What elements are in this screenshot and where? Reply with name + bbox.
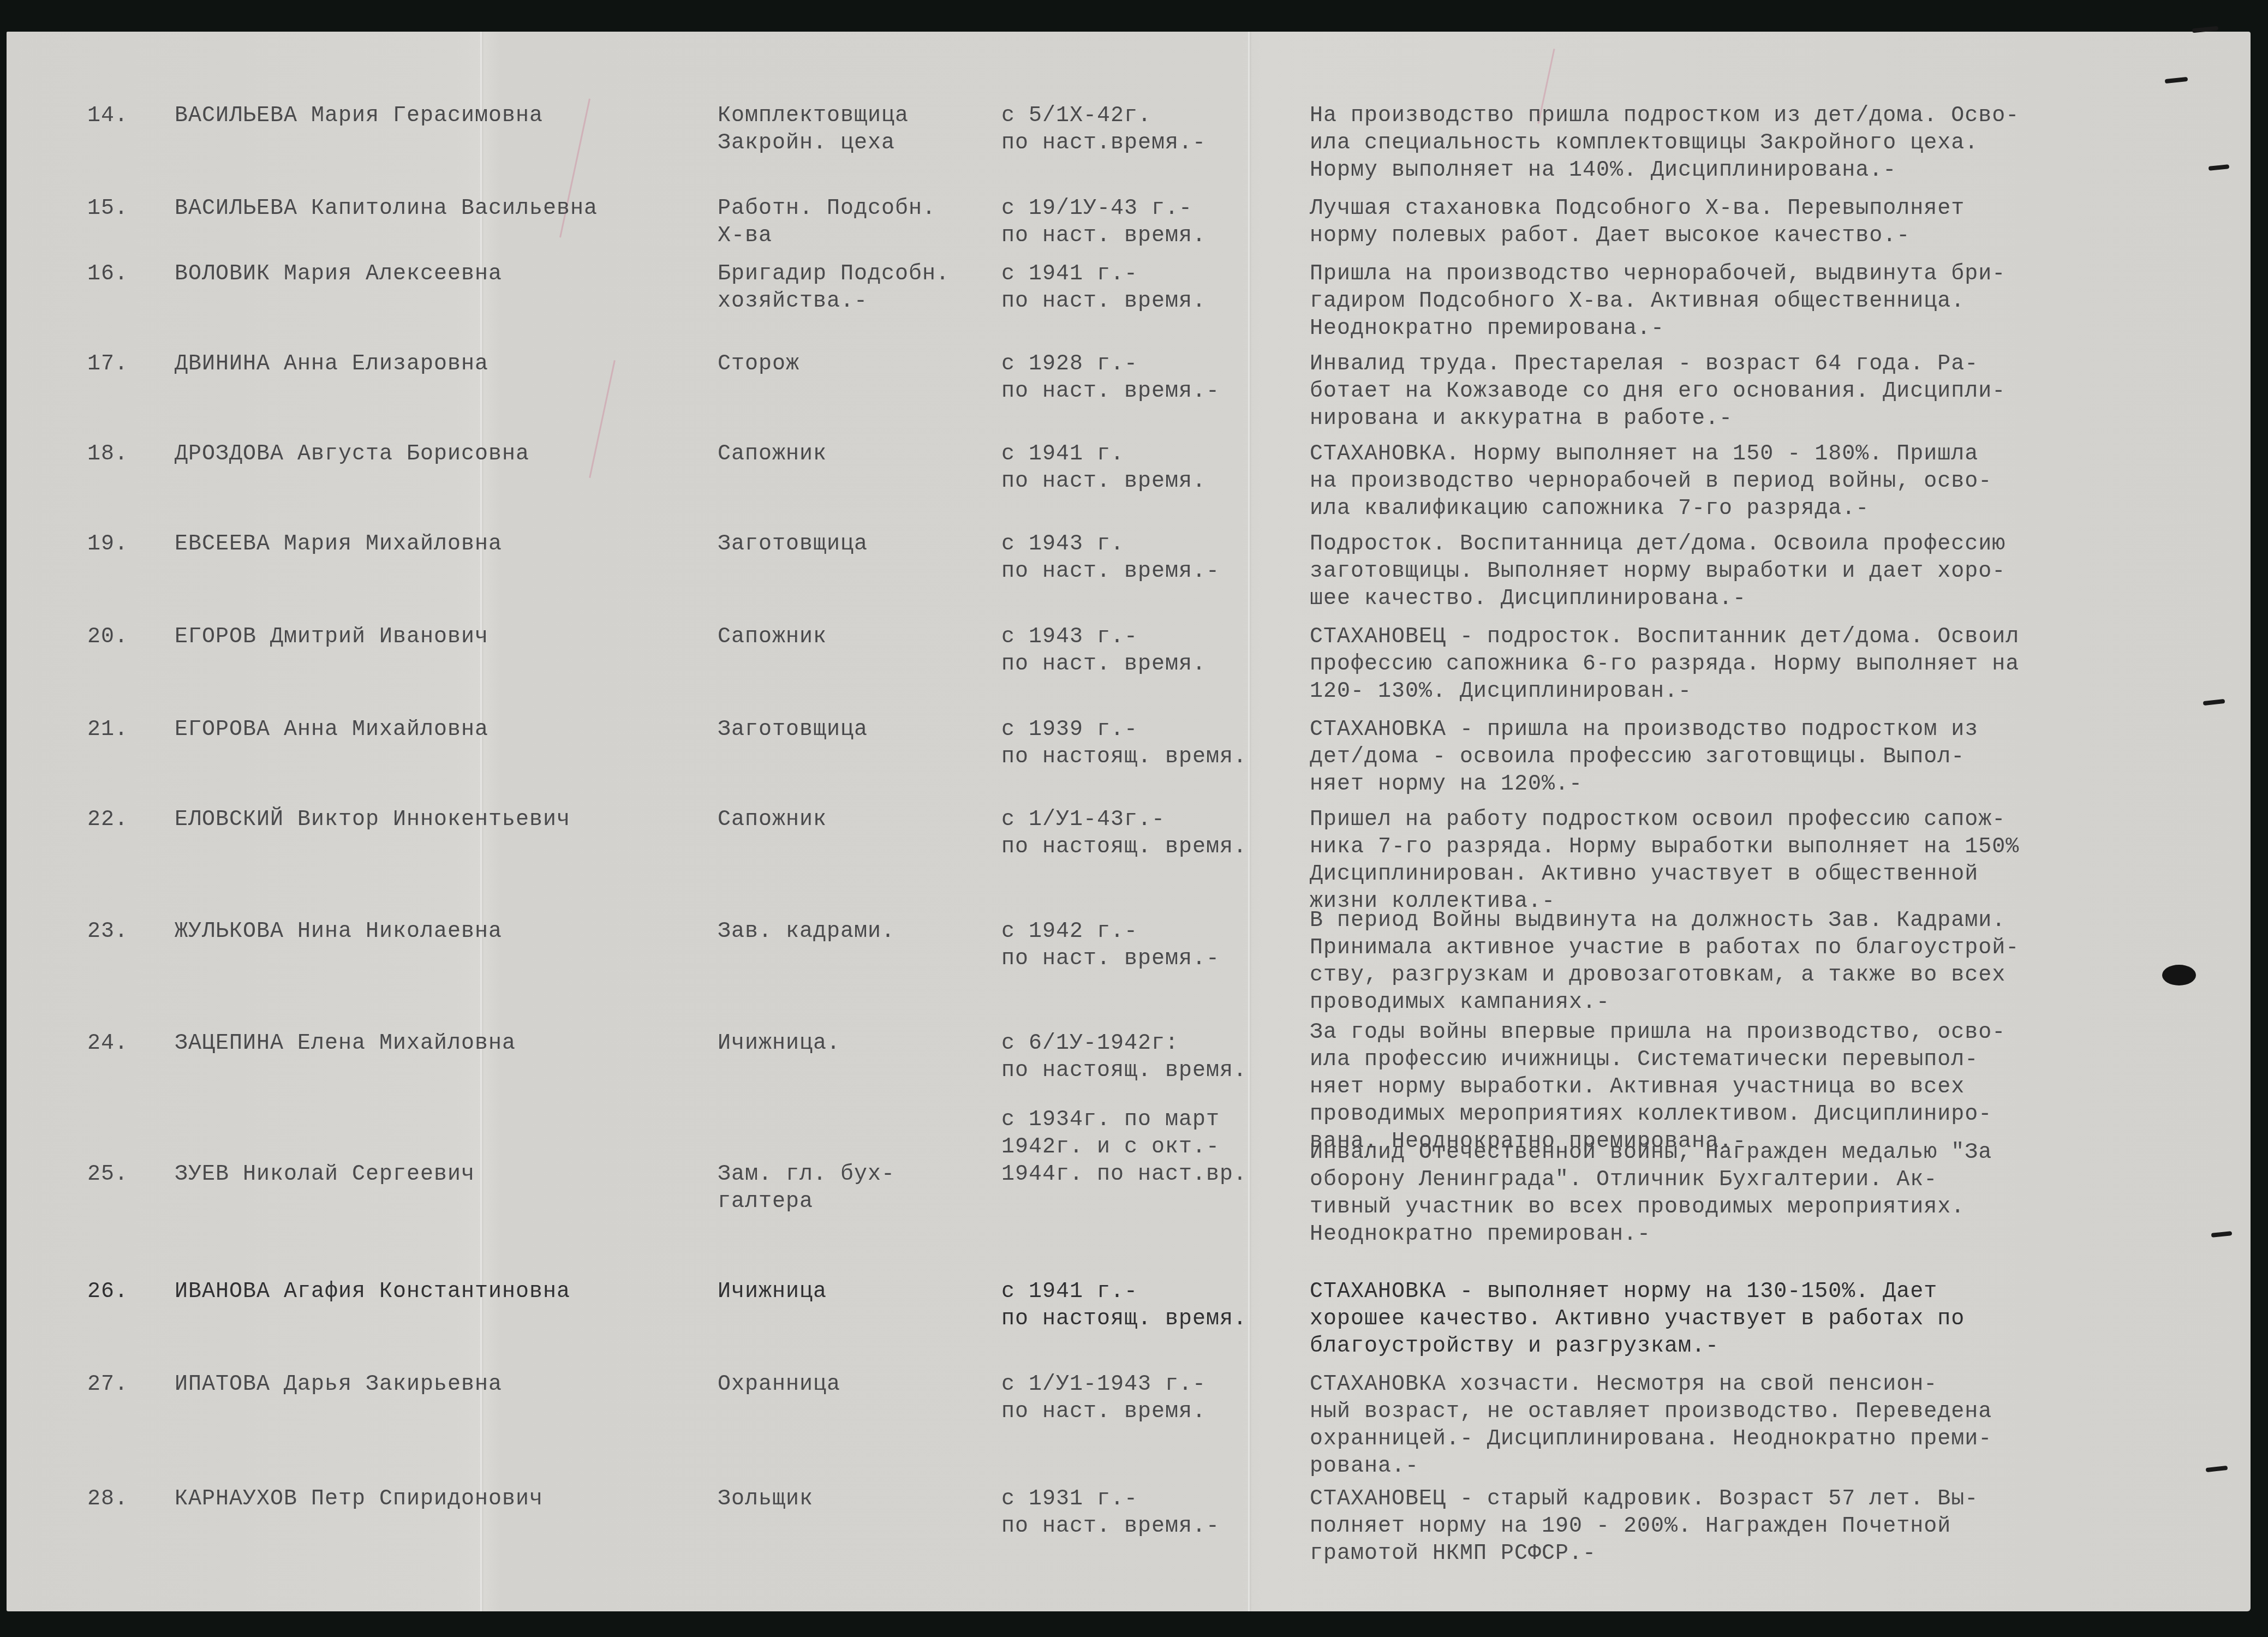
employee-characteristic: Инвалид Отечественной войны, Награжден м… xyxy=(1310,1139,1992,1248)
employee-position: Зав. кадрами. xyxy=(718,918,895,946)
employment-period: с 6/1У-1942г: по настоящ. время. xyxy=(1001,1030,1247,1085)
employment-period: с 1943 г. по наст. время.- xyxy=(1001,531,1220,586)
employee-name: ЕЛОВСКИЙ Виктор Иннокентьевич xyxy=(175,806,570,834)
employment-period: с 19/1У-43 г.- по наст. время. xyxy=(1001,195,1206,250)
row-number: 23. xyxy=(87,918,128,946)
employee-position: Заготовщица xyxy=(718,716,868,744)
margin-mark xyxy=(2211,1231,2233,1238)
employee-characteristic: На производство пришла подростком из дет… xyxy=(1310,103,2019,184)
paper-fold-line xyxy=(1248,32,1250,1611)
employee-characteristic: За годы войны впервые пришла на производ… xyxy=(1310,1019,2006,1156)
employee-characteristic: СТАХАНОВКА - выполняет норму на 130-150%… xyxy=(1310,1278,1965,1360)
employment-period: с 1941 г. по наст. время. xyxy=(1001,441,1206,495)
employee-characteristic: СТАХАНОВЕЦ - подросток. Воспитанник дет/… xyxy=(1310,624,2019,706)
employee-characteristic: СТАХАНОВЕЦ - старый кадровик. Возраст 57… xyxy=(1310,1486,1978,1568)
row-number: 26. xyxy=(87,1278,128,1306)
employee-name: ДВИНИНА Анна Елизаровна xyxy=(175,351,488,378)
employment-period: с 1/У1-1943 г.- по наст. время. xyxy=(1001,1371,1206,1426)
row-number: 17. xyxy=(87,351,128,378)
employment-period: с 1931 г.- по наст. время.- xyxy=(1001,1486,1220,1540)
employee-characteristic: Лучшая стахановка Подсобного Х-ва. Перев… xyxy=(1310,195,1965,250)
red-pencil-mark xyxy=(589,360,616,478)
row-number: 16. xyxy=(87,261,128,288)
row-number: 22. xyxy=(87,806,128,834)
row-number: 20. xyxy=(87,624,128,651)
row-number: 25. xyxy=(87,1161,128,1188)
employee-position: Зам. гл. бух- галтера xyxy=(718,1161,895,1216)
row-number: 21. xyxy=(87,716,128,744)
employment-period: с 1941 г.- по наст. время. xyxy=(1001,261,1206,315)
margin-mark xyxy=(2192,26,2219,33)
row-number: 24. xyxy=(87,1030,128,1058)
row-number: 19. xyxy=(87,531,128,558)
employee-characteristic: Подросток. Воспитанница дет/дома. Освоил… xyxy=(1310,531,2006,613)
employee-name: ЕГОРОВ Дмитрий Иванович xyxy=(175,624,488,651)
employee-name: ВОЛОВИК Мария Алексеевна xyxy=(175,261,502,288)
employee-position: Комплектовщица Закройн. цеха xyxy=(718,103,909,157)
row-number: 14. xyxy=(87,103,128,130)
row-number: 18. xyxy=(87,441,128,468)
margin-mark xyxy=(2203,699,2225,706)
employment-period: с 1/У1-43г.- по настоящ. время. xyxy=(1001,806,1247,861)
employee-characteristic: В период Войны выдвинута на должность За… xyxy=(1310,907,2019,1017)
employment-period: с 1941 г.- по настоящ. время. xyxy=(1001,1278,1247,1333)
employee-position: Сапожник xyxy=(718,624,827,651)
margin-mark xyxy=(2165,77,2188,83)
employee-characteristic: СТАХАНОВКА хозчасти. Несмотря на свой пе… xyxy=(1310,1371,1992,1480)
employee-name: ДРОЗДОВА Августа Борисовна xyxy=(175,441,529,468)
employee-name: ИВАНОВА Агафия Константиновна xyxy=(175,1278,570,1306)
employee-characteristic: Пришел на работу подростком освоил профе… xyxy=(1310,806,2019,916)
employee-position: Зольщик xyxy=(718,1486,813,1513)
employee-name: ВАСИЛЬЕВА Капитолина Васильевна xyxy=(175,195,598,223)
employee-position: Сапожник xyxy=(718,806,827,834)
row-number: 28. xyxy=(87,1486,128,1513)
employee-position: Ичижница. xyxy=(718,1030,840,1058)
employee-name: ЗАЦЕПИНА Елена Михайловна xyxy=(175,1030,516,1058)
employee-position: Охранница xyxy=(718,1371,840,1399)
employee-name: КАРНАУХОВ Петр Спиридонович xyxy=(175,1486,543,1513)
employee-name: ИПАТОВА Дарья Закирьевна xyxy=(175,1371,502,1399)
employee-name: ЕГОРОВА Анна Михайловна xyxy=(175,716,488,744)
margin-mark xyxy=(2209,164,2230,171)
document-page: 14.ВАСИЛЬЕВА Мария ГерасимовнаКомплектов… xyxy=(7,32,2251,1611)
employee-name: ЖУЛЬКОВА Нина Николаевна xyxy=(175,918,502,946)
margin-mark xyxy=(2206,1466,2228,1472)
employee-characteristic: СТАХАНОВКА - пришла на производство подр… xyxy=(1310,716,1978,798)
employee-name: ВАСИЛЬЕВА Мария Герасимовна xyxy=(175,103,543,130)
row-number: 27. xyxy=(87,1371,128,1399)
employee-characteristic: Инвалид труда. Престарелая - возраст 64 … xyxy=(1310,351,2006,433)
row-number: 15. xyxy=(87,195,128,223)
employee-position: Сапожник xyxy=(718,441,827,468)
employee-position: Сторож xyxy=(718,351,799,378)
employment-period: с 1942 г.- по наст. время.- xyxy=(1001,918,1220,973)
employee-characteristic: СТАХАНОВКА. Норму выполняет на 150 - 180… xyxy=(1310,441,1992,523)
employment-period: с 5/1Х-42г. по наст.время.- xyxy=(1001,103,1206,157)
employment-period: с 1928 г.- по наст. время.- xyxy=(1001,351,1220,405)
employee-position: Работн. Подсобн. Х-ва xyxy=(718,195,936,250)
employment-period: с 1934г. по март 1942г. и с окт.- 1944г.… xyxy=(1001,1107,1247,1188)
employee-position: Бригадир Подсобн. хозяйства.- xyxy=(718,261,950,315)
employee-position: Ичижница xyxy=(718,1278,827,1306)
employment-period: с 1939 г.- по настоящ. время. xyxy=(1001,716,1247,771)
employment-period: с 1943 г.- по наст. время. xyxy=(1001,624,1206,678)
employee-name: ЗУЕВ Николай Сергеевич xyxy=(175,1161,475,1188)
employee-position: Заготовщица xyxy=(718,531,868,558)
employee-name: ЕВСЕЕВА Мария Михайловна xyxy=(175,531,502,558)
punch-hole xyxy=(2162,965,2196,985)
employee-characteristic: Пришла на производство чернорабочей, выд… xyxy=(1310,261,2006,343)
